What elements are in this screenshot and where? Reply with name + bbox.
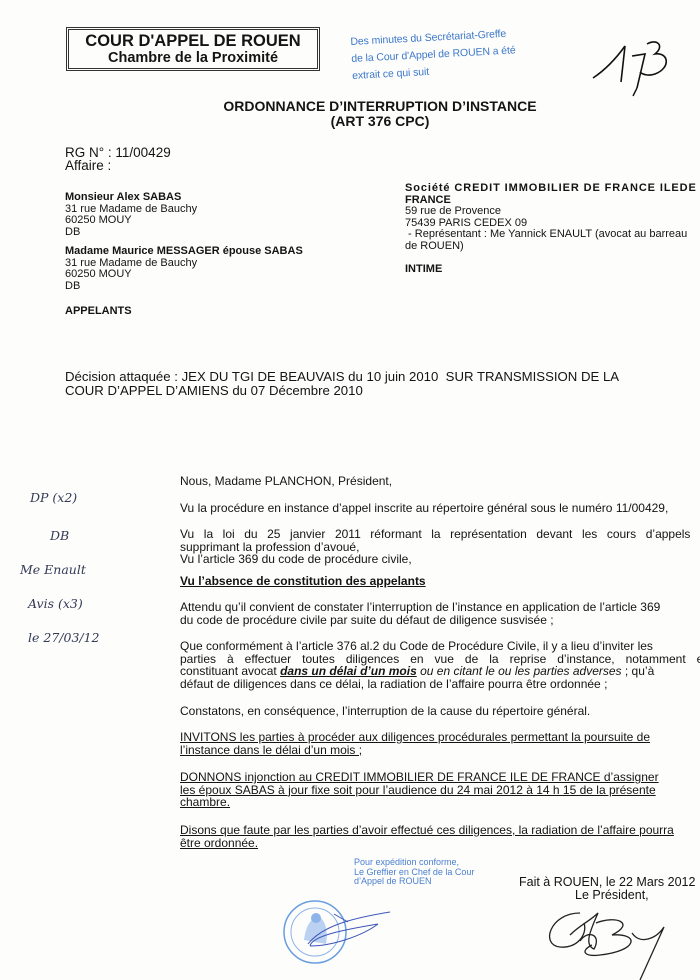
margin-note: Avis (x3) [28, 596, 83, 611]
paragraph-line: du code de procédure civile par suite du… [180, 614, 700, 627]
paragraph-line: constituant avocat dans un délai d’un mo… [180, 665, 700, 678]
decision-line: Décision attaquée : JEX DU TGI DE BEAUVA… [65, 370, 700, 384]
paragraph-line: l’instance dans le délai d’un mois ; [180, 744, 700, 757]
court-header-box: COUR D'APPEL DE ROUEN Chambre de la Prox… [66, 27, 320, 71]
disons-paragraph: Disons que faute par les parties d’avoir… [180, 824, 700, 849]
title-line: ORDONNANCE D’INTERRUPTION D’INSTANCE [180, 99, 580, 114]
attendu-paragraph: Attendu qu’il convient de constater l’in… [180, 601, 700, 626]
text-span: ; qu’à [622, 664, 655, 678]
margin-note: Me Enault [20, 562, 86, 577]
respondent-name-cont: FRANCE [405, 194, 451, 206]
party-ref: DB [65, 281, 303, 293]
place-date: Fait à ROUEN, le 22 Mars 2012 [519, 876, 695, 889]
respondent: Société CREDIT IMMOBILIER DE FRANCE ILED… [405, 183, 700, 253]
paragraph-line: Que conformément à l’article 376 al.2 du… [180, 640, 700, 653]
paragraph-line: DONNONS injonction au CREDIT IMMOBILIER … [180, 771, 700, 784]
case-reference: RG N° : 11/00429 Affaire : [65, 146, 171, 172]
vu-loi: Vu la loi du 25 janvier 2011 réformant l… [180, 528, 700, 566]
section-heading: Vu l’absence de constitution des appelan… [180, 575, 700, 588]
respondent-representative-cont: de ROUEN) [405, 241, 700, 253]
party-name: Madame Maurice MESSAGER épouse SABAS [65, 245, 303, 257]
vu-article: Vu l’article 369 du code de procédure ci… [180, 553, 700, 566]
handwritten-page-number-icon [585, 20, 685, 100]
decision-attacked: Décision attaquée : JEX DU TGI DE BEAUVA… [65, 370, 700, 398]
document-title: ORDONNANCE D’INTERRUPTION D’INSTANCE (AR… [180, 99, 580, 129]
respondent-name: Société CREDIT IMMOBILIER DE FRANCE ILED… [405, 182, 697, 194]
donnons-paragraph: DONNONS injonction au CREDIT IMMOBILIER … [180, 771, 700, 809]
chamber-name: Chambre de la Proximité [69, 50, 317, 67]
title-subline: (ART 376 CPC) [180, 114, 580, 129]
party-name: Monsieur Alex SABAS [65, 191, 181, 203]
margin-note: DP (x2) [30, 490, 77, 505]
margin-note: le 27/03/12 [28, 630, 100, 645]
vu-procedure: Vu la procédure en instance d’appel insc… [180, 502, 700, 515]
paragraph-line: chambre. [180, 796, 700, 809]
president-signature-icon [540, 905, 700, 980]
invitons-paragraph: INVITONS les parties à procéder aux dili… [180, 731, 700, 756]
paragraph-line: Attendu qu’il convient de constater l’in… [180, 601, 700, 614]
que-paragraph: Que conformément à l’article 376 al.2 du… [180, 640, 700, 690]
appellants-role-label: APPELANTS [65, 305, 132, 317]
signature-block: Fait à ROUEN, le 22 Mars 2012 Le Préside… [519, 876, 695, 901]
decision-line: COUR D’APPEL D’AMIENS du 07 Décembre 201… [65, 384, 700, 398]
court-name: COUR D'APPEL DE ROUEN [69, 33, 317, 50]
paragraph-line: être ordonnée. [180, 837, 700, 850]
constatons-paragraph: Constatons, en conséquence, l’interrupti… [180, 705, 700, 718]
intro-line: Nous, Madame PLANCHON, Président, [180, 475, 700, 488]
paragraph-line: INVITONS les parties à procéder aux dili… [180, 731, 700, 744]
registry-stamp-top: Des minutes du Secrétariat-Greffe de la … [350, 25, 517, 85]
appellant-2: Madame Maurice MESSAGER épouse SABAS 31 … [65, 246, 303, 292]
respondent-role-label: INTIME [405, 263, 442, 275]
appellant-1: Monsieur Alex SABAS 31 rue Madame de Bau… [65, 192, 197, 238]
court-seal-icon [282, 880, 392, 980]
vu-loi-line: Vu la loi du 25 janvier 2011 réformant l… [180, 528, 700, 541]
affaire-label: Affaire : [65, 159, 171, 172]
signatory-title: Le Président, [519, 889, 695, 902]
margin-note: DB [50, 528, 69, 543]
party-ref: DB [65, 227, 197, 239]
paragraph-line: les époux SABAS à jour fixe soit pour l’… [180, 784, 700, 797]
paragraph-line: Disons que faute par les parties d’avoir… [180, 824, 700, 837]
paragraph-line: défaut de diligences dans ce délai, la r… [180, 678, 700, 691]
party-city: 60250 MOUY [65, 269, 303, 281]
party-city: 60250 MOUY [65, 215, 197, 227]
